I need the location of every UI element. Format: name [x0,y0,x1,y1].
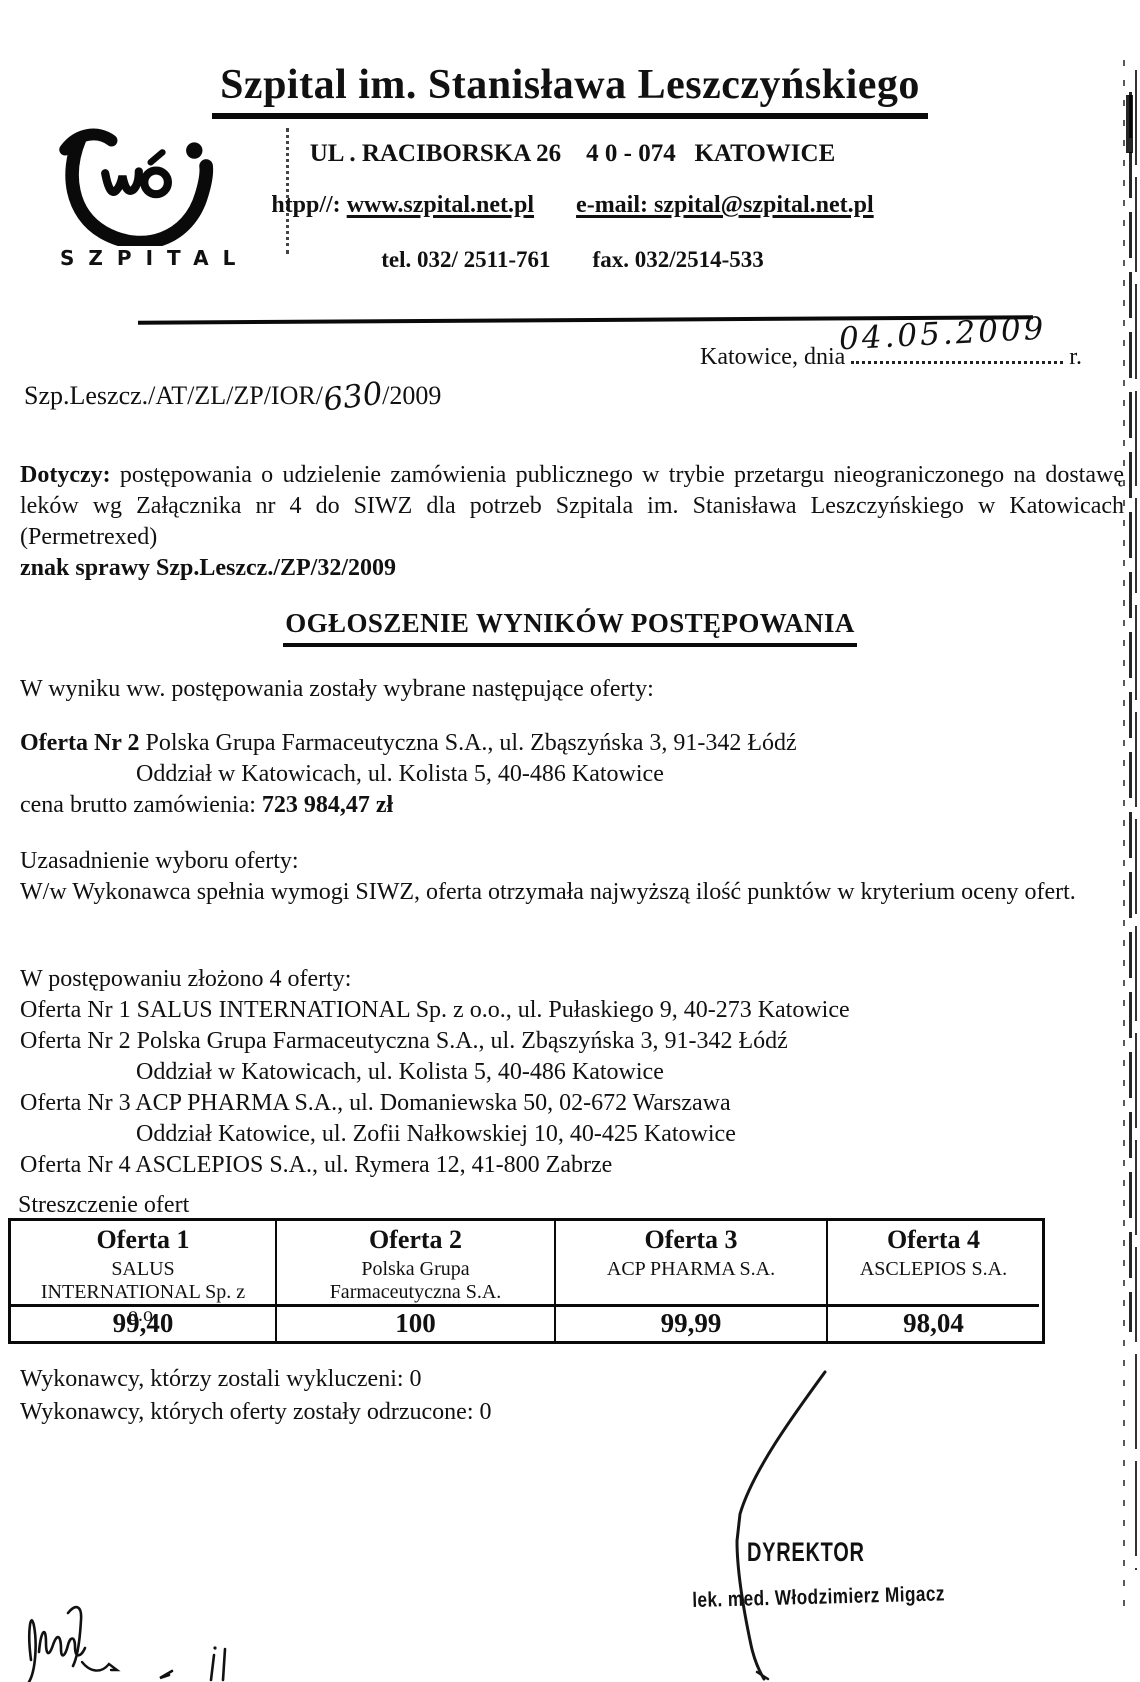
offer-line-3: Oferta Nr 3 ACP PHARMA S.A., ul. Domanie… [20,1088,731,1119]
price-label: cena brutto zamówienia: [20,792,262,818]
column-title: Oferta 3 [556,1225,826,1255]
handwritten-signature [16,1598,138,1682]
offers-heading: W postępowaniu złożono 4 oferty: [20,964,351,995]
offer-line-2: Oferta Nr 2 Polska Grupa Farmaceutyczna … [20,1026,788,1057]
reference-prefix: Szp.Leszcz./AT/ZL/ZP/IOR/ [24,381,323,410]
score-offer-4: 98,04 [828,1307,1039,1341]
table-header-offer-1: Oferta 1 SALUS INTERNATIONAL Sp. z o.o. [11,1221,277,1307]
results-intro: W wyniku ww. postępowania zostały wybran… [20,674,654,705]
place-date-line: Katowice, dnia04.05.2009r. [700,342,1082,371]
scan-artifact-line [1123,60,1125,1620]
reference-line: Szp.Leszcz./AT/ZL/ZP/IOR/630/2009 [24,376,441,412]
date-suffix: r. [1069,344,1082,370]
justification-heading: Uzasadnienie wyboru oferty: [20,846,299,877]
offers-summary-table: Oferta 1 SALUS INTERNATIONAL Sp. z o.o. … [8,1218,1045,1344]
winner-offer-line: Oferta Nr 2 Polska Grupa Farmaceutyczna … [20,728,797,759]
column-company: Polska Grupa Farmaceutyczna S.A. [277,1258,554,1304]
email-url: szpital@szpital.net.pl [654,192,874,218]
logo-caption: SZPITAL [60,246,249,270]
case-number: znak sprawy Szp.Leszcz./ZP/32/2009 [20,555,396,582]
winner-branch-line: Oddział w Katowicach, ul. Kolista 5, 40-… [136,759,664,790]
price-line: cena brutto zamówienia: 723 984,47 zł [20,790,393,821]
subject-body: postępowania o udzielenie zamówienia pub… [20,462,1124,550]
winner-offer-details: Polska Grupa Farmaceutyczna S.A., ul. Zb… [140,730,797,756]
offer-line-2-branch: Oddział w Katowicach, ul. Kolista 5, 40-… [136,1057,664,1088]
website-label: htpp//: [271,192,346,218]
scanned-document-page: Szpital im. Stanisława Leszczyńskiego SZ… [0,0,1140,1682]
score-offer-2: 100 [277,1307,556,1341]
handwritten-number: 630 [321,376,384,419]
justification-body: W/w Wykonawca spełnia wymogi SIWZ, ofert… [20,877,1124,908]
email-block: e-mail: szpital@szpital.net.pl [576,192,874,218]
tel-fax-line: tel. 032/ 2511-761fax. 032/2514-533 [250,247,895,273]
director-title-stamp: DYREKTOR [747,1537,865,1568]
place-date-label: Katowice, dnia [700,344,845,370]
reference-suffix: /2009 [382,381,441,410]
column-title: Oferta 4 [828,1225,1039,1255]
table-header-offer-4: Oferta 4 ASCLEPIOS S.A. [828,1221,1039,1307]
excluded-contractors-line: Wykonawcy, którzy zostali wykluczeni: 0 [20,1364,422,1395]
email-label: e-mail: [576,192,654,218]
website-url: www.szpital.net.pl [347,192,534,218]
summary-heading: Streszczenie ofert [18,1190,189,1221]
hospital-logo-icon [56,126,238,246]
stray-ink-marks [150,1645,260,1682]
address-line: UL . RACIBORSKA 26 4 0 - 074 KATOWICE [250,140,895,168]
rejected-offers-line: Wykonawcy, których oferty zostały odrzuc… [20,1397,492,1428]
column-company: ASCLEPIOS S.A. [828,1258,1039,1281]
offer-line-1: Oferta Nr 1 SALUS INTERNATIONAL Sp. z o.… [20,995,850,1026]
date-dotted-line: 04.05.2009 [851,342,1063,364]
offer-line-3-branch: Oddział Katowice, ul. Zofii Nałkowskiej … [136,1119,736,1150]
scan-artifact-line [1135,70,1137,1570]
offer-line-4: Oferta Nr 4 ASCLEPIOS S.A., ul. Rymera 1… [20,1150,612,1181]
fax-number: fax. 032/2514-533 [593,247,764,272]
column-company: ACP PHARMA S.A. [556,1258,826,1281]
results-heading-wrap: OGŁOSZENIE WYNIKÓW POSTĘPOWANIA [0,608,1140,647]
subject-label: Dotyczy: [20,462,111,488]
scan-artifact-line [1129,92,1132,1332]
column-title: Oferta 1 [11,1225,275,1255]
score-offer-3: 99,99 [556,1307,828,1341]
director-name-stamp: lek. med. Włodzimierz Migacz [692,1582,945,1613]
price-value: 723 984,47 zł [262,792,393,818]
column-title: Oferta 2 [277,1225,554,1255]
table-header-offer-3: Oferta 3 ACP PHARMA S.A. [556,1221,828,1307]
subject-paragraph: Dotyczy: postępowania o udzielenie zamów… [20,460,1124,553]
web-email-line: htpp//: www.szpital.net.ple-mail: szpita… [250,192,895,219]
phone-number: tel. 032/ 2511-761 [381,247,550,272]
winner-offer-label: Oferta Nr 2 [20,730,140,756]
results-heading: OGŁOSZENIE WYNIKÓW POSTĘPOWANIA [283,608,857,647]
score-offer-1: 99,40 [11,1307,277,1341]
table-header-offer-2: Oferta 2 Polska Grupa Farmaceutyczna S.A… [277,1221,556,1307]
header: Szpital im. Stanisława Leszczyńskiego [0,62,1140,119]
page-title: Szpital im. Stanisława Leszczyńskiego [212,62,928,119]
